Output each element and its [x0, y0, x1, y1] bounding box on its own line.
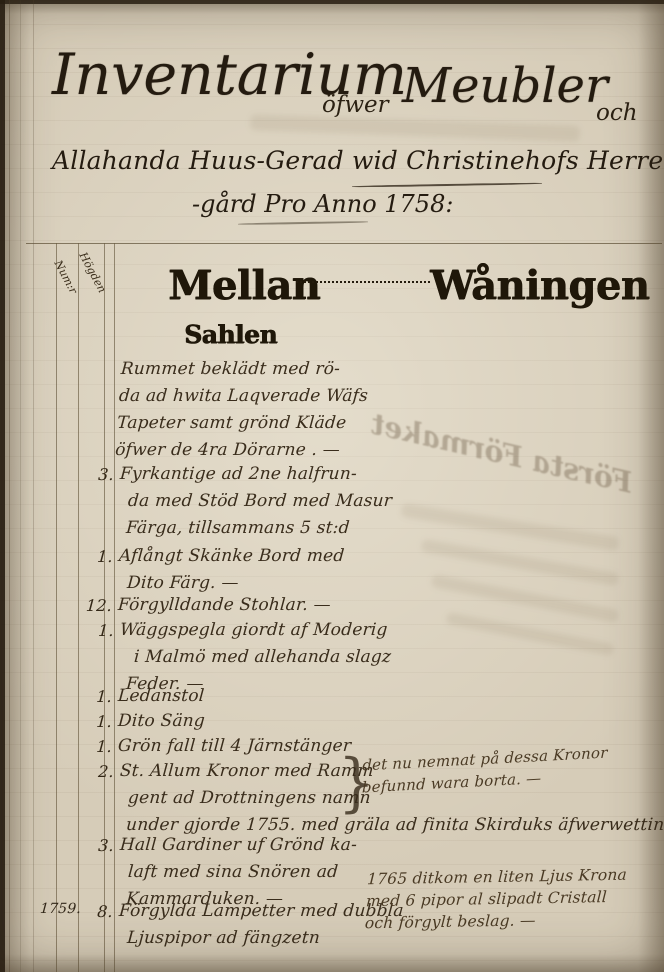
title-word-ofwer: öfwer — [322, 92, 389, 118]
inventory-entry: 1. Dito Säng — [117, 708, 206, 735]
title-word-och: och — [596, 100, 638, 126]
entry-line: Aflångt Skänke Bord med — [118, 543, 345, 570]
entry-number: 1. — [83, 708, 113, 735]
title-underline-flourish — [238, 221, 368, 225]
inventory-entry: 8. Förgylda Lampetter med dubbla Ljuspip… — [116, 898, 405, 952]
margin-year-1759: 1759. — [39, 901, 81, 917]
entry-number: 1. — [83, 733, 113, 760]
entry-number: 2. — [85, 758, 115, 785]
entry-line: da ad hwita Laqverade Wäfs — [118, 383, 369, 410]
margin-note-line: och förgylt beslag. — — [364, 908, 625, 935]
binding-crease — [33, 0, 34, 972]
entry-line: Dito Säng — [117, 708, 206, 735]
entry-number: 3. — [85, 461, 115, 488]
bleedthrough-smudge — [250, 114, 580, 142]
entry-number: 12. — [83, 592, 113, 619]
title-line2: Allahanda Huus-Gerad wid Christinehofs H… — [52, 146, 664, 175]
margin-note-1765: 1765 ditkom en liten Ljus Krona med 6 pi… — [364, 864, 627, 935]
binding-crease — [9, 0, 10, 972]
inventory-entry: Rummet beklädt med rö- da ad hwita Laqve… — [114, 356, 371, 464]
entry-line: da med Stöd Bord med Masur — [117, 488, 393, 515]
table-column-rule — [78, 243, 79, 972]
title-underline-flourish — [352, 182, 542, 187]
entry-number: 8. — [84, 898, 114, 925]
entry-number: 3. — [85, 832, 115, 859]
table-column-rule — [56, 243, 57, 972]
section-subheading-sahlen: Sahlen — [184, 320, 277, 349]
entry-line: Tapeter samt grönd Kläde — [116, 410, 367, 437]
table-top-rule — [26, 243, 662, 244]
bleedthrough-text: Första Förmaket — [368, 406, 636, 499]
entry-line: laft med sina Snören ad — [117, 859, 356, 886]
entry-line: Rummet beklädt med rö- — [120, 356, 371, 383]
page-edge-left — [0, 0, 5, 972]
entry-number: 1. — [83, 683, 113, 710]
inventory-entry: 3. Fyrkantige ad 2ne halfrun- da med Stö… — [115, 461, 395, 542]
page-edge-top — [0, 0, 664, 4]
section-heading-mellan: Mellan — [168, 262, 320, 309]
entry-number: 1. — [85, 617, 115, 644]
table-column-rule — [114, 243, 115, 972]
bleedthrough-smudge — [445, 612, 614, 656]
inventory-entry: 1. Aflångt Skänke Bord med Dito Färg. — — [116, 543, 345, 597]
entry-line: Wäggspegla giordt af Moderig — [119, 617, 394, 644]
manuscript-page: Första Förmaket Inventarium öfwer Meuble… — [0, 0, 664, 972]
title-word-meubler: Meubler — [402, 58, 608, 114]
margin-note-line: med 6 pipor al slipadt Cristall — [365, 886, 626, 913]
entry-line: i Malmö med allehanda slagz — [117, 644, 392, 671]
inventory-entry: 12. Förgylldande Stohlar. — — [117, 592, 332, 619]
entry-line: Fyrkantige ad 2ne halfrun- — [119, 461, 395, 488]
inventory-entry: 1. Ledanstol — [117, 683, 205, 710]
entry-line: Ledanstol — [117, 683, 205, 710]
binding-crease — [20, 0, 21, 972]
entry-line: Hall Gardiner uf Grönd ka- — [119, 832, 358, 859]
entry-line: öfwer de 4ra Dörarne . — — [114, 437, 365, 464]
section-heading-leader-dots — [296, 281, 430, 283]
entry-number: 1. — [84, 543, 114, 570]
entry-line: Förgylda Lampetter med dubbla — [118, 898, 405, 925]
section-heading-waningen: Wåningen — [430, 262, 649, 309]
entry-line: Ljuspipor ad fängzetn — [116, 925, 403, 952]
inventory-entry: 1. Grön fall till 4 Järnstänger — [117, 733, 352, 760]
entry-line: Färga, tillsammans 5 st:d — [115, 515, 391, 542]
title-line3: -gård Pro Anno 1758: — [192, 190, 453, 218]
entry-line: Grön fall till 4 Järnstänger — [117, 733, 352, 760]
entry-line: Förgylldande Stohlar. — — [117, 592, 332, 619]
